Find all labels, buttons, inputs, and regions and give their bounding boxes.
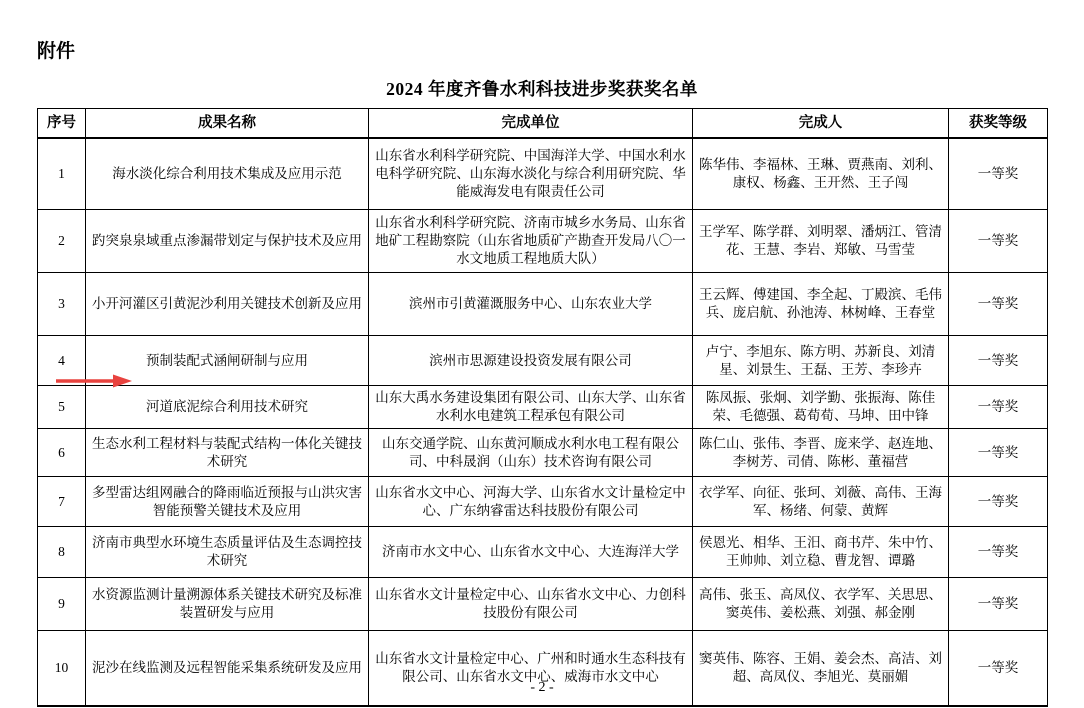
- cell-no: 2: [38, 210, 86, 273]
- cell-units: 滨州市引黄灌溉服务中心、山东农业大学: [369, 273, 693, 336]
- award-table: 序号 成果名称 完成单位 完成人 获奖等级 1 海水淡化综合利用技术集成及应用示…: [37, 108, 1048, 707]
- cell-units: 山东省水利科学研究院、济南市城乡水务局、山东省地矿工程勘察院（山东省地质矿产勘查…: [369, 210, 693, 273]
- table-row: 1 海水淡化综合利用技术集成及应用示范 山东省水利科学研究院、中国海洋大学、中国…: [38, 138, 1048, 210]
- table-row: 6 生态水利工程材料与装配式结构一体化关键技术研究 山东交通学院、山东黄河顺成水…: [38, 429, 1048, 477]
- cell-no: 3: [38, 273, 86, 336]
- col-header-award: 获奖等级: [949, 109, 1048, 139]
- table-row-highlighted: 5 河道底泥综合利用技术研究 山东大禹水务建设集团有限公司、山东大学、山东省水利…: [38, 386, 1048, 429]
- attachment-label: 附件: [37, 36, 75, 63]
- cell-award: 一等奖: [949, 273, 1048, 336]
- cell-people: 陈华伟、李福林、王琳、贾燕南、刘利、康权、杨鑫、王开然、王子闯: [693, 138, 949, 210]
- cell-units: 山东省水文中心、河海大学、山东省水文计量检定中心、广东纳睿雷达科技股份有限公司: [369, 477, 693, 527]
- cell-no: 1: [38, 138, 86, 210]
- table-row: 3 小开河灌区引黄泥沙利用关键技术创新及应用 滨州市引黄灌溉服务中心、山东农业大…: [38, 273, 1048, 336]
- col-header-no: 序号: [38, 109, 86, 139]
- page-title: 2024 年度齐鲁水利科技进步奖获奖名单: [0, 76, 1084, 101]
- cell-people: 王云辉、傅建国、李全起、丁殿滨、毛伟兵、庞启航、孙池涛、林树峰、王春堂: [693, 273, 949, 336]
- cell-award: 一等奖: [949, 578, 1048, 631]
- table-row: 7 多型雷达组网融合的降雨临近预报与山洪灾害智能预警关键技术及应用 山东省水文中…: [38, 477, 1048, 527]
- table-row: 4 预制装配式涵闸研制与应用 滨州市思源建设投资发展有限公司 卢宁、李旭东、陈方…: [38, 336, 1048, 386]
- cell-no: 5: [38, 386, 86, 429]
- page-number: - 2 -: [0, 680, 1084, 696]
- table-row: 2 趵突泉泉域重点渗漏带划定与保护技术及应用 山东省水利科学研究院、济南市城乡水…: [38, 210, 1048, 273]
- cell-units: 济南市水文中心、山东省水文中心、大连海洋大学: [369, 527, 693, 578]
- cell-award: 一等奖: [949, 527, 1048, 578]
- cell-award: 一等奖: [949, 477, 1048, 527]
- cell-award: 一等奖: [949, 138, 1048, 210]
- col-header-units: 完成单位: [369, 109, 693, 139]
- cell-award: 一等奖: [949, 210, 1048, 273]
- cell-units: 山东大禹水务建设集团有限公司、山东大学、山东省水利水电建筑工程承包有限公司: [369, 386, 693, 429]
- red-arrow-annotation-icon: [55, 373, 133, 389]
- cell-units: 滨州市思源建设投资发展有限公司: [369, 336, 693, 386]
- cell-units: 山东省水文计量检定中心、山东省水文中心、力创科技股份有限公司: [369, 578, 693, 631]
- cell-no: 9: [38, 578, 86, 631]
- cell-name: 小开河灌区引黄泥沙利用关键技术创新及应用: [86, 273, 369, 336]
- cell-people: 王学军、陈学群、刘明翠、潘炳江、管清花、王慧、李岩、郑敏、马雪莹: [693, 210, 949, 273]
- cell-units: 山东交通学院、山东黄河顺成水利水电工程有限公司、中科晟润（山东）技术咨询有限公司: [369, 429, 693, 477]
- cell-people: 高伟、张玉、高凤仪、衣学军、关思思、窦英伟、姜松燕、刘强、郝金刚: [693, 578, 949, 631]
- cell-people: 卢宁、李旭东、陈方明、苏新良、刘清星、刘景生、王磊、王芳、李珍卉: [693, 336, 949, 386]
- table-header-row: 序号 成果名称 完成单位 完成人 获奖等级: [38, 109, 1048, 139]
- cell-name: 水资源监测计量溯源体系关键技术研究及标准装置研发与应用: [86, 578, 369, 631]
- cell-no: 7: [38, 477, 86, 527]
- cell-award: 一等奖: [949, 429, 1048, 477]
- cell-name: 海水淡化综合利用技术集成及应用示范: [86, 138, 369, 210]
- cell-award: 一等奖: [949, 336, 1048, 386]
- cell-award: 一等奖: [949, 386, 1048, 429]
- table-row: 8 济南市典型水环境生态质量评估及生态调控技术研究 济南市水文中心、山东省水文中…: [38, 527, 1048, 578]
- cell-no: 6: [38, 429, 86, 477]
- cell-name: 河道底泥综合利用技术研究: [86, 386, 369, 429]
- cell-name: 济南市典型水环境生态质量评估及生态调控技术研究: [86, 527, 369, 578]
- cell-people: 陈仁山、张伟、李晋、庞来学、赵连地、李树芳、司倩、陈彬、董福营: [693, 429, 949, 477]
- cell-people: 衣学军、向征、张珂、刘薇、高伟、王海军、杨绪、何蒙、黄辉: [693, 477, 949, 527]
- col-header-name: 成果名称: [86, 109, 369, 139]
- cell-people: 侯恩光、相华、王汨、商书芹、朱中竹、王帅帅、刘立稳、曹龙智、谭璐: [693, 527, 949, 578]
- col-header-people: 完成人: [693, 109, 949, 139]
- cell-units: 山东省水利科学研究院、中国海洋大学、中国水利水电科学研究院、山东海水淡化与综合利…: [369, 138, 693, 210]
- cell-no: 8: [38, 527, 86, 578]
- cell-people: 陈凤振、张炯、刘学勤、张振海、陈佳荣、毛德强、葛荀荀、马坤、田中锋: [693, 386, 949, 429]
- cell-name: 多型雷达组网融合的降雨临近预报与山洪灾害智能预警关键技术及应用: [86, 477, 369, 527]
- cell-name: 趵突泉泉域重点渗漏带划定与保护技术及应用: [86, 210, 369, 273]
- cell-name: 生态水利工程材料与装配式结构一体化关键技术研究: [86, 429, 369, 477]
- table-row: 9 水资源监测计量溯源体系关键技术研究及标准装置研发与应用 山东省水文计量检定中…: [38, 578, 1048, 631]
